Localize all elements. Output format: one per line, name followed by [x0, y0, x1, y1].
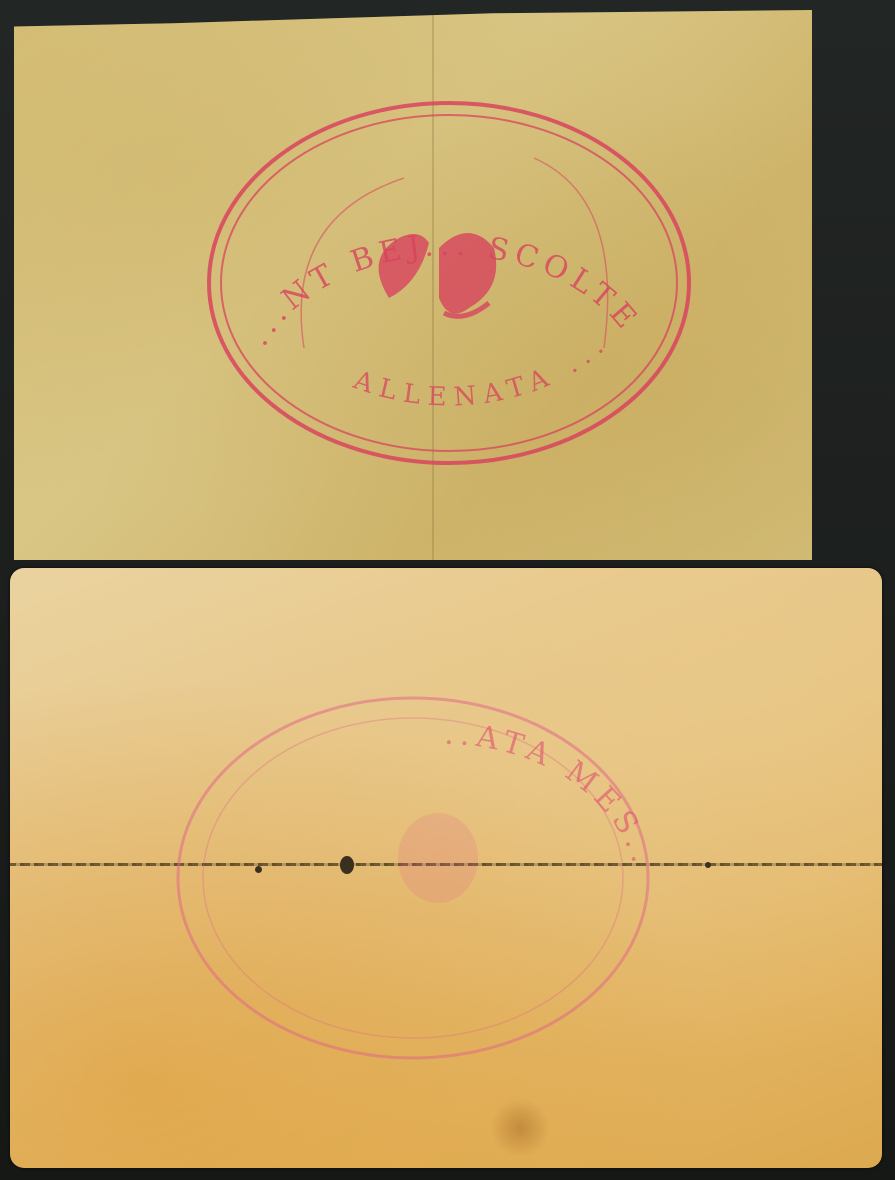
stain [705, 862, 711, 868]
coat-of-arms-icon [398, 813, 478, 903]
red-oval-stamp: ...NT BEJ... SCOLTE ALLENATA ... GEN [204, 98, 694, 468]
faded-red-oval-stamp: ..ATA MES.. [168, 688, 658, 1068]
banknote-bottom: ..ATA MES.. [10, 568, 882, 1168]
water-stain [490, 1098, 550, 1158]
banknote-top: ...NT BEJ... SCOLTE ALLENATA ... GEN [14, 10, 812, 560]
